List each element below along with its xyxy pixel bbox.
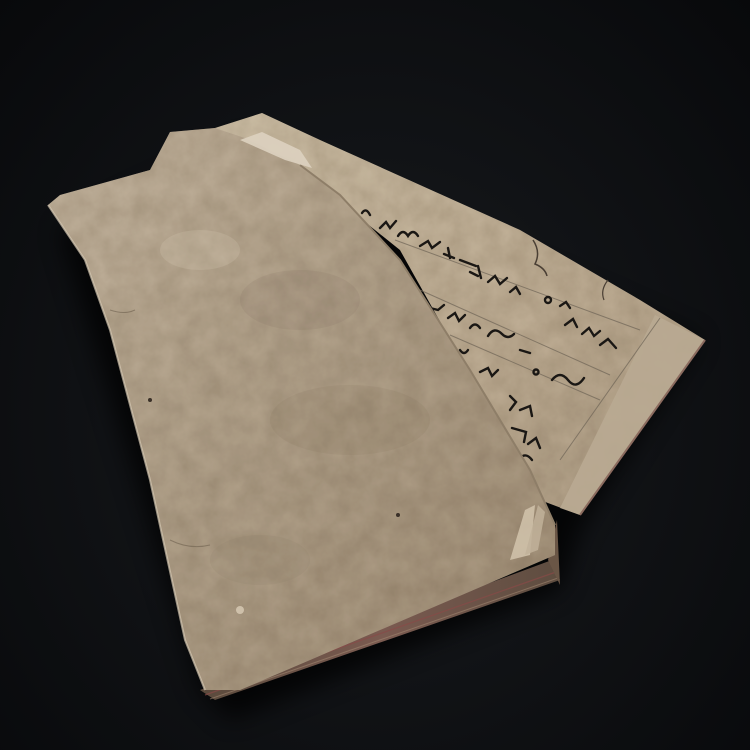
manuscript-illustration <box>0 0 750 750</box>
photo-scene: old folded paper manuscript booklet on d… <box>0 0 750 750</box>
